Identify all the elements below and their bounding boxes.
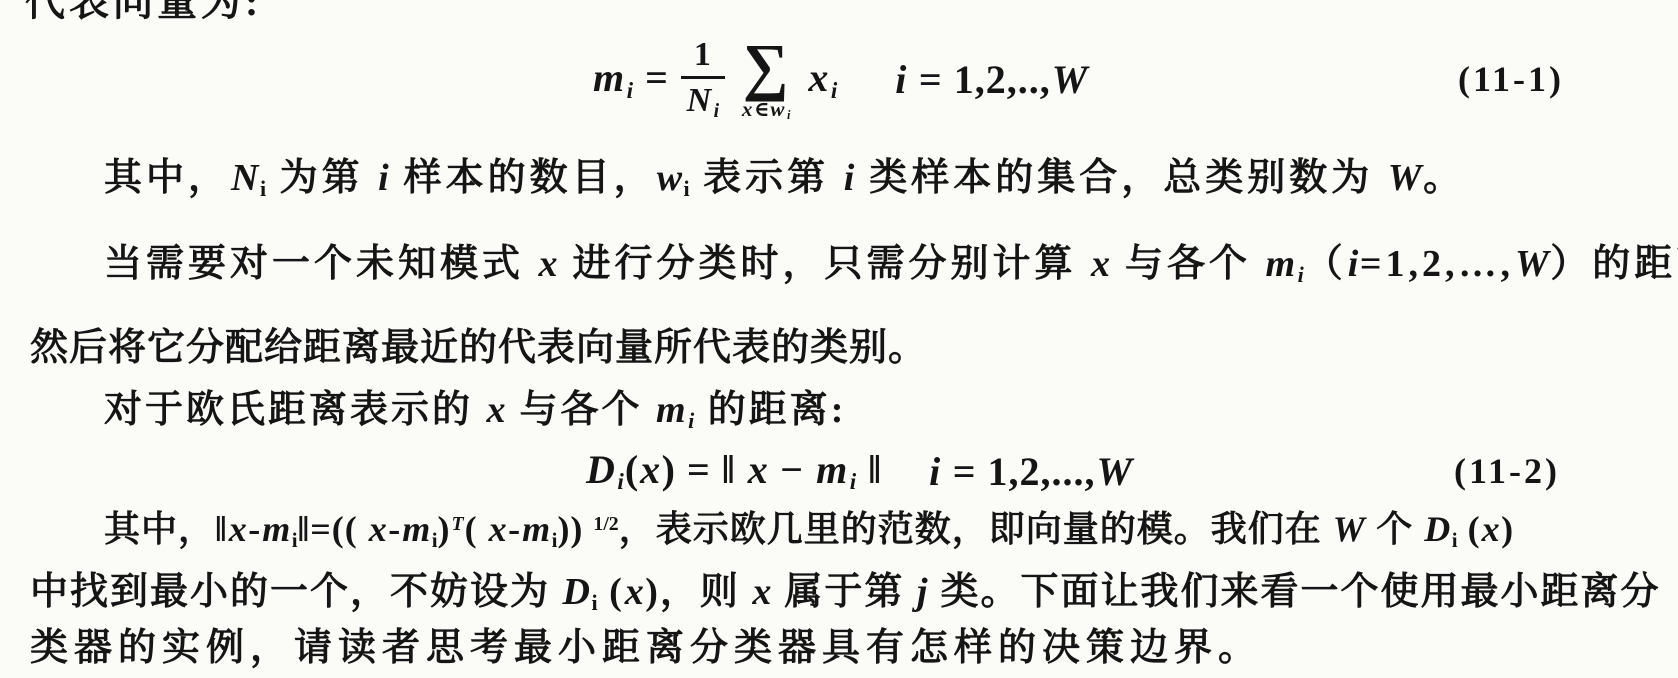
- text-segment: 为第: [266, 157, 377, 199]
- text-segment: x: [624, 571, 646, 613]
- text-segment: N: [230, 157, 260, 199]
- text-segment: j: [916, 571, 929, 613]
- paragraph-symbol-explanation: 其中，Ni 为第 i 样本的数目，wi 表示第 i 类样本的集合，总类别数为 W…: [104, 156, 1465, 203]
- text-segment: x: [538, 243, 560, 285]
- text-segment: 表示第: [690, 157, 843, 199]
- text-segment: ‖: [857, 447, 882, 492]
- eq1-lhs: mi =: [592, 54, 669, 104]
- text-segment: m: [401, 509, 432, 549]
- text-segment: 代表向量为:: [25, 0, 262, 24]
- text-segment: W: [1096, 449, 1134, 494]
- text-segment: ) = ‖: [662, 447, 747, 492]
- text-segment: ，表示欧几里的范数，即向量的模。我们在: [619, 509, 1332, 549]
- text-segment: T: [451, 513, 465, 535]
- text-segment: −: [769, 447, 815, 492]
- text-segment: (: [625, 447, 639, 492]
- paragraph-example-tail: 类器的实例，请读者思考最小距离分类器具有怎样的决策边界。: [30, 626, 1262, 672]
- text-segment: x: [747, 447, 770, 492]
- text-segment: ‖: [215, 509, 228, 549]
- text-segment: w: [769, 97, 786, 121]
- text-segment: -: [508, 509, 521, 549]
- paragraph-minimum-selection: 中找到最小的一个，不妨设为 Di (x)，则 x 属于第 j 类。下面让我们来看…: [30, 570, 1661, 617]
- text-segment: x: [228, 509, 249, 549]
- clipped-intro-line: 代表向量为:: [25, 0, 262, 26]
- text-segment: 其中，: [104, 509, 215, 549]
- text-segment: i: [1347, 243, 1360, 285]
- text-segment: 的距离:: [695, 389, 846, 431]
- text-segment: x: [751, 571, 773, 613]
- text-segment: =1,2,…,: [1360, 243, 1514, 285]
- text-segment: D: [585, 447, 616, 492]
- text-segment: 。: [1423, 157, 1465, 199]
- text-segment: ）的距离，: [1550, 243, 1678, 285]
- paragraph-classification-line-1: 当需要对一个未知模式 x 进行分类时，只需分别计算 x 与各个 mi（i=1,2…: [104, 242, 1678, 289]
- text-segment: x: [1481, 509, 1502, 549]
- text-segment: i: [626, 78, 634, 104]
- text-segment: x: [486, 389, 508, 431]
- text-segment: 当需要对一个未知模式: [104, 243, 538, 285]
- text-segment: i: [1297, 262, 1305, 287]
- equation-number-11-1: (11-1): [1458, 58, 1564, 100]
- text-segment: 与各个: [1112, 243, 1265, 285]
- text-segment: )，则: [645, 571, 751, 613]
- equation-11-2: Di(x) = ‖ x − mi ‖ i = 1,2,...,W: [585, 446, 1134, 496]
- eq1-fraction-numerator: 1: [694, 38, 712, 76]
- text-segment: = 1,2,..,: [908, 57, 1051, 102]
- text-segment: (: [598, 571, 624, 613]
- text-segment: x: [639, 447, 662, 492]
- text-segment: i: [616, 469, 624, 495]
- paragraph-euclidean-intro: 对于欧氏距离表示的 x 与各个 mi 的距离:: [104, 388, 846, 435]
- eq1-fraction-denominator: Ni: [686, 79, 721, 121]
- text-segment: 其中，: [104, 157, 230, 199]
- eq1-fraction: 1 Ni: [681, 38, 725, 121]
- text-segment: m: [815, 447, 849, 492]
- text-segment: W: [1332, 509, 1367, 549]
- eq1-summation: ∑ x∈wi: [741, 38, 791, 121]
- text-segment: (: [1458, 509, 1481, 549]
- text-segment: x: [368, 509, 389, 549]
- equation-11-1: mi = 1 Ni ∑ x∈wi xi i = 1,2,..,W: [592, 38, 1089, 121]
- text-segment: ‖=((: [298, 509, 368, 549]
- text-segment: i: [687, 408, 695, 433]
- text-segment: W: [1387, 157, 1423, 199]
- text-segment: 类器的实例，请读者思考最小距离分类器具有怎样的决策边界。: [30, 627, 1262, 669]
- text-segment: -: [388, 509, 401, 549]
- eq1-summation-subscript: x∈wi: [741, 99, 791, 122]
- text-segment: （: [1305, 243, 1347, 285]
- text-segment: x: [741, 97, 754, 121]
- text-segment: 对于欧氏距离表示的: [104, 389, 486, 431]
- text-segment: x: [488, 509, 509, 549]
- text-segment: i: [843, 157, 856, 199]
- text-segment: 个: [1366, 509, 1423, 549]
- text-segment: i: [713, 100, 720, 122]
- equation-number-11-2: (11-2): [1454, 450, 1560, 492]
- text-segment: (: [465, 509, 488, 549]
- text-segment: = 1,2,...,: [942, 449, 1096, 494]
- paragraph-classification-line-2: 然后将它分配给距离最近的代表向量所代表的类别。: [30, 326, 927, 372]
- text-segment: =: [634, 55, 669, 100]
- text-segment: -: [248, 509, 261, 549]
- text-segment: x: [1090, 243, 1112, 285]
- eq2-condition: i = 1,2,...,W: [928, 448, 1134, 495]
- scanned-textbook-page: { "page": { "background": "#fbfbf8", "in…: [0, 0, 1678, 678]
- text-segment: m: [261, 509, 292, 549]
- text-segment: 进行分类时，只需分别计算: [559, 243, 1090, 285]
- text-segment: i: [894, 57, 908, 102]
- text-segment: x: [807, 55, 830, 100]
- text-segment: 与各个: [507, 389, 655, 431]
- sigma-icon: ∑: [743, 38, 790, 97]
- text-segment: 属于第: [773, 571, 916, 613]
- eq2-body: Di(x) = ‖ x − mi ‖: [585, 446, 882, 496]
- text-segment: i: [830, 78, 838, 104]
- text-segment: W: [1514, 243, 1550, 285]
- text-segment: m: [521, 509, 552, 549]
- text-segment: w: [656, 157, 684, 199]
- text-segment: m: [655, 389, 687, 431]
- text-segment: 中找到最小的一个，不妨设为: [30, 571, 562, 613]
- text-segment: 类。下面让我们来看一个使用最小距离分: [929, 571, 1661, 613]
- eq1-term: xi: [807, 54, 838, 104]
- text-segment: m: [1265, 243, 1297, 285]
- eq1-condition: i = 1,2,..,W: [894, 56, 1089, 103]
- text-segment: m: [592, 55, 626, 100]
- text-segment: ): [1501, 509, 1514, 549]
- paragraph-norm-explanation: 其中，‖x-mi‖=(( x-mi)T( x-mi)) 1/2，表示欧几里的范数…: [104, 508, 1514, 553]
- text-segment: i: [377, 157, 390, 199]
- text-segment: i: [786, 108, 791, 122]
- text-segment: D: [562, 571, 592, 613]
- text-segment: N: [686, 82, 713, 119]
- text-segment: ): [438, 509, 451, 549]
- text-segment: 类样本的集合，总类别数为: [856, 157, 1387, 199]
- text-segment: 样本的数目，: [390, 157, 656, 199]
- text-segment: W: [1051, 57, 1089, 102]
- text-segment: D: [1423, 509, 1452, 549]
- text-segment: 然后将它分配给距离最近的代表向量所代表的类别。: [30, 327, 927, 369]
- document-page: 代表向量为: mi = 1 Ni ∑ x∈wi xi i = 1,2,..,W …: [0, 0, 1678, 678]
- text-segment: i: [849, 469, 857, 495]
- text-segment: ∈: [754, 97, 770, 121]
- text-segment: 1/2: [593, 513, 618, 535]
- text-segment: )): [557, 509, 593, 549]
- text-segment: i: [928, 449, 942, 494]
